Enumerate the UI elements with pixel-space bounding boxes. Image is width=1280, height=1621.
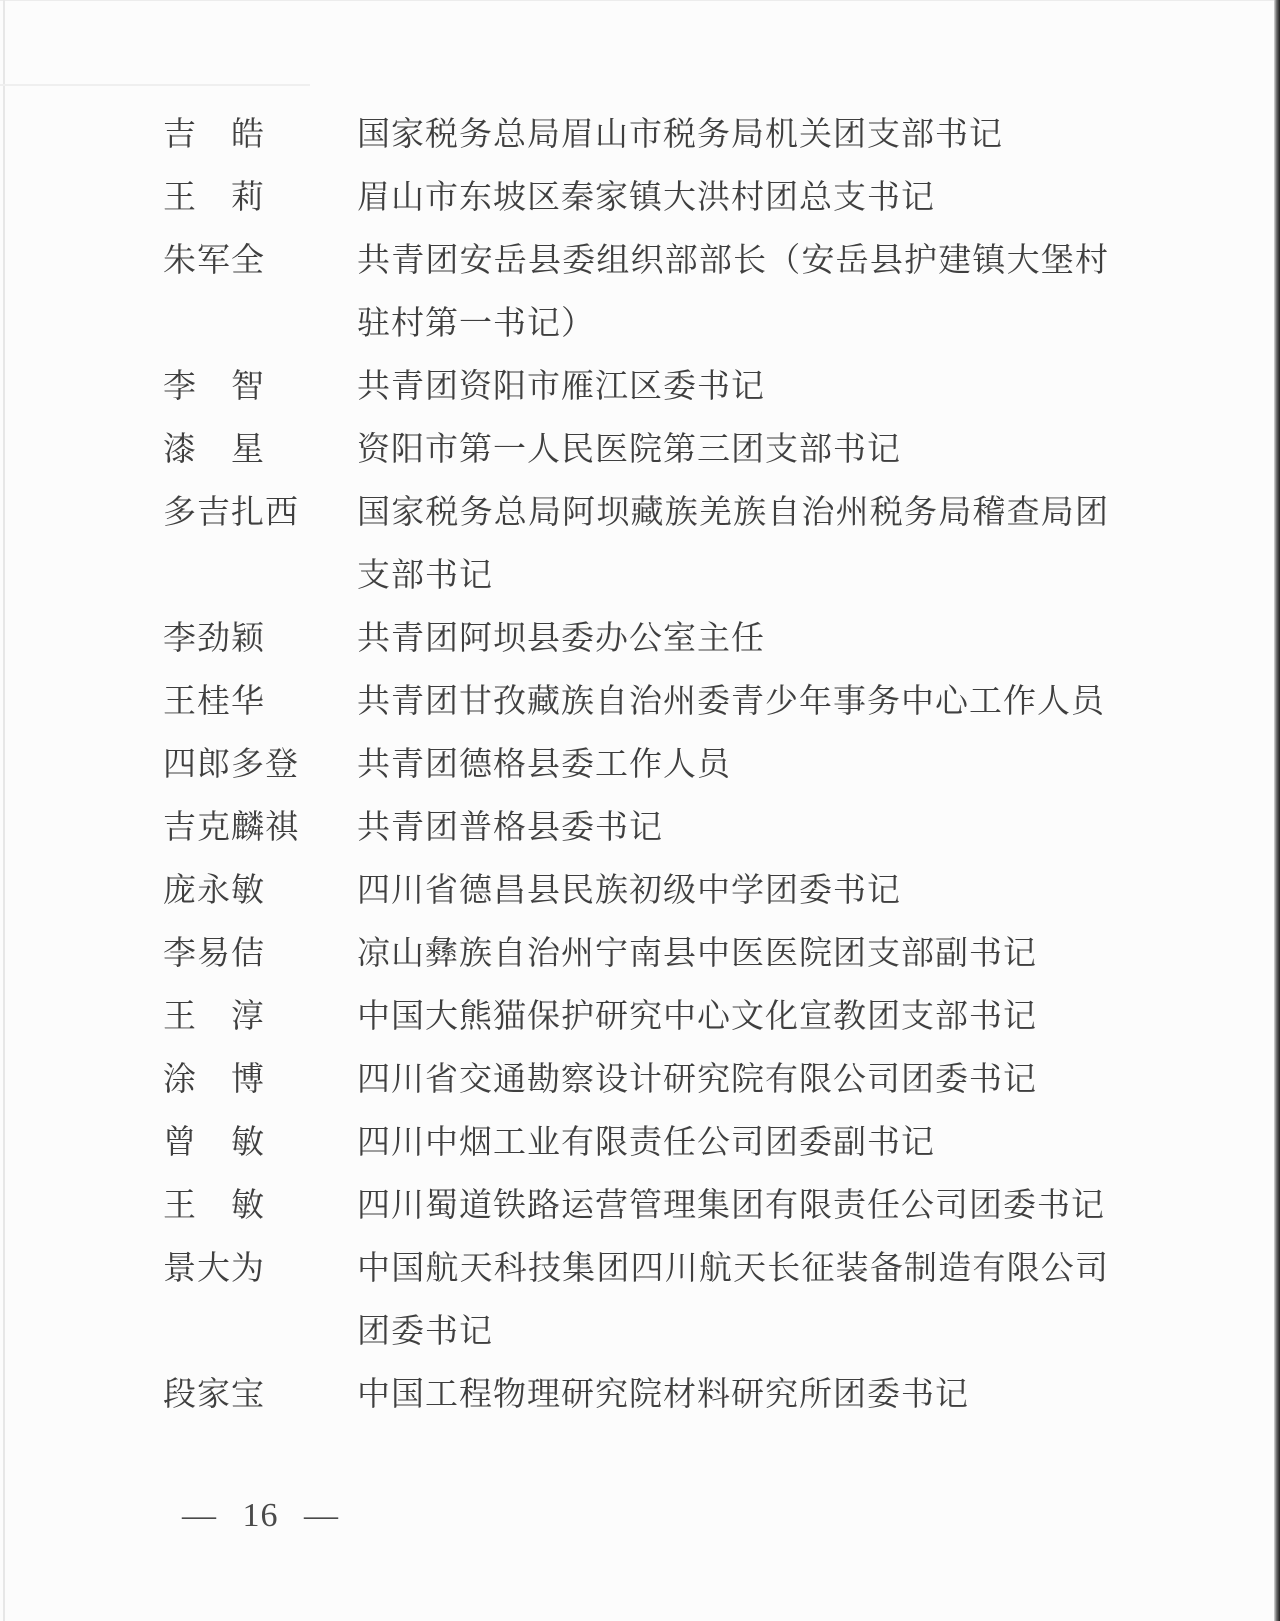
person-position: 四川省德昌县民族初级中学团委书记 [357,860,1109,923]
person-name: 多吉扎西 [163,482,357,545]
document-page: 吉 皓 国家税务总局眉山市税务局机关团支部书记 王 莉 眉山市东坡区秦家镇大洪村… [0,0,1280,1621]
scan-fold-line [0,84,310,86]
roster-row: 漆 星 资阳市第一人民医院第三团支部书记 [0,419,1280,482]
person-position: 国家税务总局阿坝藏族羌族自治州税务局稽查局团支部书记 [357,482,1109,608]
person-name: 庞永敏 [163,860,357,923]
roster-row: 王桂华 共青团甘孜藏族自治州委青少年事务中心工作人员 [0,671,1280,734]
person-name: 曾 敏 [163,1112,357,1175]
person-position: 四川蜀道铁路运营管理集团有限责任公司团委书记 [357,1175,1109,1238]
person-position: 共青团安岳县委组织部部长（安岳县护建镇大堡村驻村第一书记） [357,230,1109,356]
roster-row: 李劲颖 共青团阿坝县委办公室主任 [0,608,1280,671]
roster-row: 庞永敏 四川省德昌县民族初级中学团委书记 [0,860,1280,923]
person-position: 共青团甘孜藏族自治州委青少年事务中心工作人员 [357,671,1109,734]
page-edge-top [0,0,1280,1]
person-position: 中国航天科技集团四川航天长征装备制造有限公司团委书记 [357,1238,1109,1364]
person-name: 朱军全 [163,230,357,293]
person-position: 凉山彝族自治州宁南县中医医院团支部副书记 [357,923,1109,986]
person-position: 四川中烟工业有限责任公司团委副书记 [357,1112,1109,1175]
person-name: 涂 博 [163,1049,357,1112]
person-name: 王 敏 [163,1175,357,1238]
roster-row: 四郎多登 共青团德格县委工作人员 [0,734,1280,797]
roster-row: 王 淳 中国大熊猫保护研究中心文化宣教团支部书记 [0,986,1280,1049]
roster-row: 涂 博 四川省交通勘察设计研究院有限公司团委书记 [0,1049,1280,1112]
roster-row: 景大为 中国航天科技集团四川航天长征装备制造有限公司团委书记 [0,1238,1280,1364]
roster-row: 李 智 共青团资阳市雁江区委书记 [0,356,1280,419]
roster-row: 多吉扎西 国家税务总局阿坝藏族羌族自治州税务局稽查局团支部书记 [0,482,1280,608]
person-position: 共青团德格县委工作人员 [357,734,1109,797]
roster-row: 吉克麟祺 共青团普格县委书记 [0,797,1280,860]
person-position: 资阳市第一人民医院第三团支部书记 [357,419,1109,482]
person-position: 共青团阿坝县委办公室主任 [357,608,1109,671]
person-position: 中国大熊猫保护研究中心文化宣教团支部书记 [357,986,1109,1049]
person-name: 漆 星 [163,419,357,482]
person-position: 共青团普格县委书记 [357,797,1109,860]
person-name: 吉 皓 [163,104,357,167]
roster-row: 吉 皓 国家税务总局眉山市税务局机关团支部书记 [0,104,1280,167]
person-name: 王 淳 [163,986,357,1049]
person-name: 王桂华 [163,671,357,734]
person-position: 共青团资阳市雁江区委书记 [357,356,1109,419]
person-name: 王 莉 [163,167,357,230]
roster-row: 曾 敏 四川中烟工业有限责任公司团委副书记 [0,1112,1280,1175]
person-name: 景大为 [163,1238,357,1301]
person-position: 眉山市东坡区秦家镇大洪村团总支书记 [357,167,1109,230]
roster-list: 吉 皓 国家税务总局眉山市税务局机关团支部书记 王 莉 眉山市东坡区秦家镇大洪村… [0,104,1280,1427]
roster-row: 段家宝 中国工程物理研究院材料研究所团委书记 [0,1364,1280,1427]
page-number: — 16 — [182,1496,339,1536]
person-position: 四川省交通勘察设计研究院有限公司团委书记 [357,1049,1109,1112]
roster-row: 李易佶 凉山彝族自治州宁南县中医医院团支部副书记 [0,923,1280,986]
person-name: 四郎多登 [163,734,357,797]
person-name: 李 智 [163,356,357,419]
person-name: 李易佶 [163,923,357,986]
roster-row: 王 莉 眉山市东坡区秦家镇大洪村团总支书记 [0,167,1280,230]
person-position: 国家税务总局眉山市税务局机关团支部书记 [357,104,1109,167]
roster-row: 朱军全 共青团安岳县委组织部部长（安岳县护建镇大堡村驻村第一书记） [0,230,1280,356]
person-name: 吉克麟祺 [163,797,357,860]
roster-row: 王 敏 四川蜀道铁路运营管理集团有限责任公司团委书记 [0,1175,1280,1238]
person-name: 李劲颖 [163,608,357,671]
person-position: 中国工程物理研究院材料研究所团委书记 [357,1364,1109,1427]
person-name: 段家宝 [163,1364,357,1427]
